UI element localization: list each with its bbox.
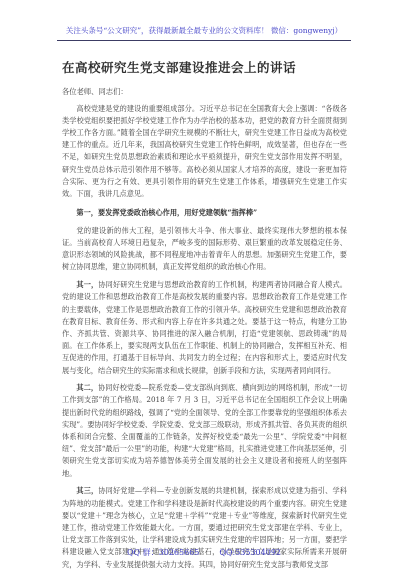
page-footer: QQ 群：30265665QQ:535304092 [0, 547, 408, 558]
qq-contact: QQ:535304092 [219, 548, 281, 557]
paragraph-text: 协同好研究生党建与思想政治教育的工作机制，构建两者协同融合育人模式。党的建设工作… [62, 280, 347, 374]
paragraph-text: 要发挥党委政治核心作用，用好党建领航“指挥棒” [98, 208, 257, 217]
paragraph-point-1: 其一，协同好研究生党建与思想政治教育的工作机制，构建两者协同融合育人模式。党的建… [62, 279, 347, 377]
document-title: 在高校研究生党支部建设推进会上的讲话 [62, 58, 347, 76]
document-page: 关注头条号“公文研究”，获得最新最全最专业的公文资料库！ 微信：gongweny… [0, 0, 408, 580]
paragraph-lead: 其二， [76, 383, 98, 392]
paragraph-lead: 其三， [76, 486, 98, 495]
paragraph-intro: 高校党建是党的建设的重要组成部分。习近平总书记在全国教育大会上强调：“各级各类学… [62, 103, 347, 201]
document-content: 在高校研究生党支部建设推进会上的讲话 各位老师、同志们： 高校党建是党的建设的重… [62, 0, 347, 571]
paragraph-text: 高校党建是党的建设的重要组成部分。习近平总书记在全国教育大会上强调：“各级各类学… [62, 104, 347, 198]
paragraph-lead: 其一， [76, 280, 98, 289]
section-heading-1: 第一，要发挥党委政治核心作用，用好党建领航“指挥棒” [62, 207, 347, 219]
paragraph-body: 党的建设新的伟大工程，是引领伟大斗争、伟大事业、最终实现伟大梦想的根本保证。当前… [62, 225, 347, 274]
salutation: 各位老师、同志们： [62, 87, 347, 97]
paragraph-lead: 第一， [76, 208, 98, 217]
qq-group-contact: QQ 群：30265665 [127, 548, 199, 557]
paragraph-text: 党的建设新的伟大工程，是引领伟大斗争、伟大事业、最终实现伟大梦想的根本保证。当前… [62, 226, 347, 272]
paragraph-point-2: 其二，协同好校党委—院系党委—党支部纵向到底、横向到边的网络机制，形成“一切工作… [62, 382, 347, 480]
paragraph-text: 协同好校党委—院系党委—党支部纵向到底、横向到边的网络机制，形成“一切工作到支部… [62, 383, 347, 477]
